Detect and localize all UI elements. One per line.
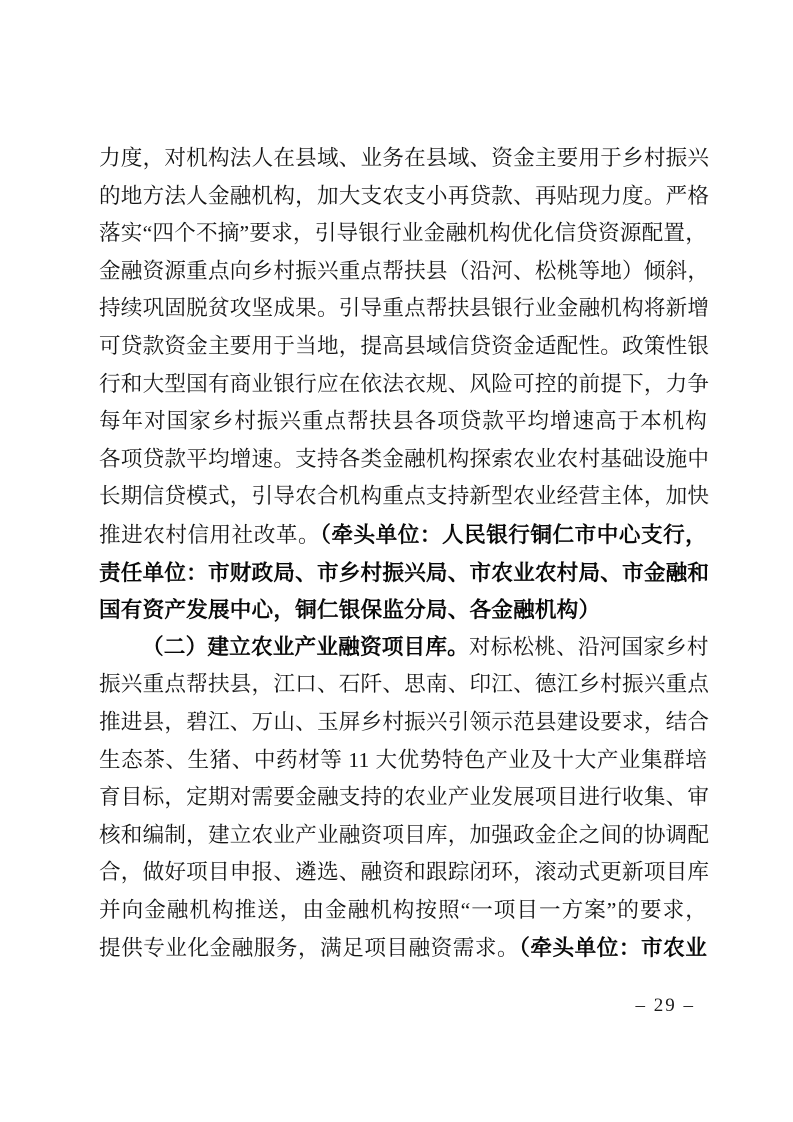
responsible-unit-text: 国有资产发展中心，铜仁银保监分局、各金融机构） — [99, 597, 600, 622]
text-line: 核和编制，建立农业产业融资项目库，加强政金企之间的协调配 — [99, 817, 707, 855]
body-text: 力度，对机构法人在县域、业务在县域、资金主要用于乡村振兴 — [99, 146, 709, 170]
text-line: 合，做好项目申报、遴选、融资和跟踪闭环，滚动式更新项目库 — [99, 854, 707, 892]
text-line: 金融资源重点向乡村振兴重点帮扶县（沿河、松桃等地）倾斜， — [99, 253, 707, 291]
responsible-unit-text: （牵头单位：市农业 — [519, 935, 707, 960]
body-text: 对标松桃、沿河国家乡村 — [469, 635, 709, 659]
body-text: 核和编制，建立农业产业融资项目库，加强政金企之间的协调配 — [99, 823, 709, 847]
body-text: 落实“四个不摘”要求，引导银行业金融机构优化信贷资源配置， — [99, 221, 707, 245]
body-text: 每年对国家乡村振兴重点帮扶县各项贷款平均增速高于本机构 — [99, 409, 707, 433]
body-text: 各项贷款平均增速。支持各类金融机构探索农业农村基础设施中 — [99, 447, 709, 471]
text-line: 国有资产发展中心，铜仁银保监分局、各金融机构） — [99, 591, 707, 629]
text-line: 提供专业化金融服务，满足项目融资需求。（牵头单位：市农业 — [99, 929, 707, 967]
body-text: 行和大型国有商业银行应在依法衣规、风险可控的前提下，力争 — [99, 372, 709, 396]
section-heading-text: （二）建立农业产业融资项目库。 — [142, 635, 469, 659]
document-page: 力度，对机构法人在县域、业务在县域、资金主要用于乡村振兴的地方法人金融机构，加大… — [0, 0, 793, 1122]
body-text: 并向金融机构推送，由金融机构按照“一项目一方案”的要求， — [99, 898, 707, 922]
text-line: 各项贷款平均增速。支持各类金融机构探索农业农村基础设施中 — [99, 441, 707, 479]
text-line: 的地方法人金融机构，加大支农支小再贷款、再贴现力度。严格 — [99, 178, 707, 216]
body-text: 提供专业化金融服务，满足项目融资需求。 — [99, 936, 519, 960]
text-line: 长期信贷模式，引导农合机构重点支持新型农业经营主体，加快 — [99, 478, 707, 516]
document-body: 力度，对机构法人在县域、业务在县域、资金主要用于乡村振兴的地方法人金融机构，加大… — [99, 140, 707, 967]
body-text: 可贷款资金主要用于当地，提高县域信贷资金适配性。政策性银 — [99, 334, 709, 358]
text-line: 责任单位：市财政局、市乡村振兴局、市农业农村局、市金融和 — [99, 554, 707, 592]
text-line: 行和大型国有商业银行应在依法衣规、风险可控的前提下，力争 — [99, 366, 707, 404]
page-number: – 29 – — [636, 995, 696, 1017]
body-text: 推进县，碧江、万山、玉屏乡村振兴引领示范县建设要求，结合 — [99, 710, 709, 734]
body-text: 合，做好项目申报、遴选、融资和跟踪闭环，滚动式更新项目库 — [99, 860, 709, 884]
text-line: 并向金融机构推送，由金融机构按照“一项目一方案”的要求， — [99, 892, 707, 930]
text-line: 力度，对机构法人在县域、业务在县域、资金主要用于乡村振兴 — [99, 140, 707, 178]
body-text: 的地方法人金融机构，加大支农支小再贷款、再贴现力度。严格 — [99, 184, 709, 208]
text-line: 育目标，定期对需要金融支持的农业产业发展项目进行收集、审 — [99, 779, 707, 817]
text-line: （二）建立农业产业融资项目库。对标松桃、沿河国家乡村 — [99, 629, 707, 667]
text-line: 落实“四个不摘”要求，引导银行业金融机构优化信贷资源配置， — [99, 215, 707, 253]
text-line: 每年对国家乡村振兴重点帮扶县各项贷款平均增速高于本机构 — [99, 403, 707, 441]
body-text: 振兴重点帮扶县，江口、石阡、思南、印江、德江乡村振兴重点 — [99, 672, 709, 696]
responsible-unit-text: 责任单位：市财政局、市乡村振兴局、市农业农村局、市金融和 — [99, 560, 709, 585]
body-text: 金融资源重点向乡村振兴重点帮扶县（沿河、松桃等地）倾斜， — [99, 259, 709, 283]
body-text: 推进农村信用社改革。 — [99, 523, 320, 547]
text-line: 推进农村信用社改革。（牵头单位：人民银行铜仁市中心支行， — [99, 516, 707, 554]
body-text: 长期信贷模式，引导农合机构重点支持新型农业经营主体，加快 — [99, 484, 709, 508]
body-text: 育目标，定期对需要金融支持的农业产业发展项目进行收集、审 — [99, 785, 709, 809]
text-line: 可贷款资金主要用于当地，提高县域信贷资金适配性。政策性银 — [99, 328, 707, 366]
body-text: 持续巩固脱贫攻坚成果。引导重点帮扶县银行业金融机构将新增 — [99, 296, 709, 320]
text-line: 持续巩固脱贫攻坚成果。引导重点帮扶县银行业金融机构将新增 — [99, 290, 707, 328]
text-line: 生态茶、生猪、中药材等 11 大优势特色产业及十大产业集群培 — [99, 742, 707, 780]
responsible-unit-text: （牵头单位：人民银行铜仁市中心支行， — [320, 522, 707, 547]
text-line: 推进县，碧江、万山、玉屏乡村振兴引领示范县建设要求，结合 — [99, 704, 707, 742]
body-text: 生态茶、生猪、中药材等 11 大优势特色产业及十大产业集群培 — [99, 748, 707, 772]
text-line: 振兴重点帮扶县，江口、石阡、思南、印江、德江乡村振兴重点 — [99, 666, 707, 704]
